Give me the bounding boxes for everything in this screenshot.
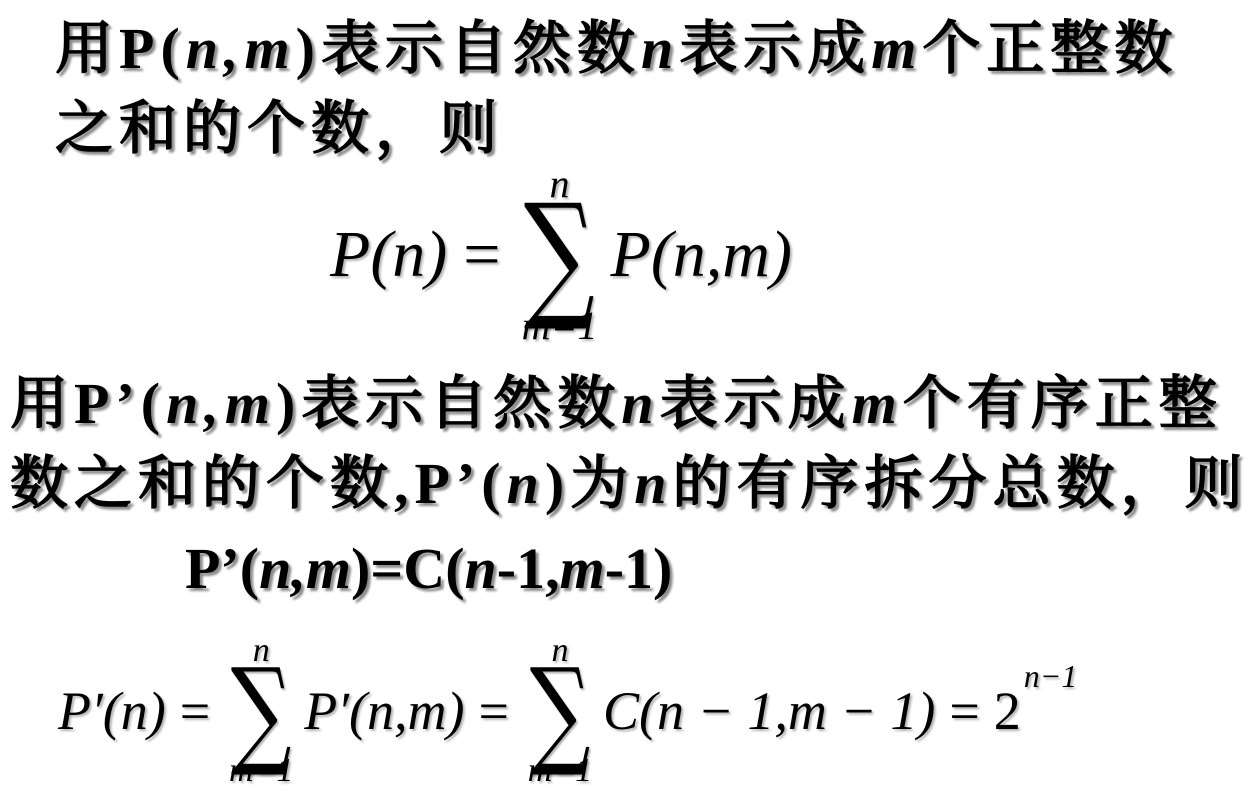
- text-run-italic: n: [465, 536, 497, 601]
- sigma-glyph: ∑: [524, 186, 595, 324]
- math-rhs: P(n,m): [611, 217, 792, 293]
- text-run: 表示成: [679, 16, 871, 81]
- text-run: 个正整数: [922, 16, 1178, 81]
- text-line-1: 用P(n,m)表示自然数n表示成m个正整数: [55, 9, 1178, 89]
- formula-ordered-partition-identity: P’(n,m)=C(n-1,m-1): [185, 534, 672, 604]
- power-base: 2: [994, 680, 1021, 742]
- summation-2: n ∑ m=1: [523, 636, 597, 786]
- text-line-2: 数之和的个数,P’(n)为n的有序拆分总数，则: [10, 444, 1248, 524]
- math-mid-term: P′(n,m): [304, 680, 464, 742]
- text-run: 数之和的个数: [10, 451, 394, 516]
- paragraph-ordered-partition-definition: 用P’(n,m)表示自然数n表示成m个有序正整 数之和的个数,P’(n)为n的有…: [10, 364, 1248, 524]
- text-run: 用: [55, 16, 119, 81]
- text-run-italic: n,m: [166, 371, 276, 436]
- power-exponent: n−1: [1024, 660, 1078, 692]
- text-run: -1): [605, 536, 673, 601]
- text-run-italic: n: [634, 451, 672, 516]
- math-lhs: P′(n): [58, 680, 166, 742]
- text-run: 表示自然数: [321, 16, 641, 81]
- text-run: 用: [10, 371, 74, 436]
- text-run: P’(: [74, 371, 166, 436]
- text-line-1: 用P’(n,m)表示自然数n表示成m个有序正整: [10, 364, 1248, 444]
- text-run-italic: m: [852, 371, 903, 436]
- text-run: -1,: [497, 536, 560, 601]
- text-run: 个有序正整: [903, 371, 1223, 436]
- power-term: 2n−1: [994, 680, 1078, 742]
- paragraph-unordered-partition-definition: 用P(n,m)表示自然数n表示成m个正整数 之和的个数，则: [55, 9, 1178, 169]
- equals-sign: =: [479, 680, 509, 742]
- sigma-icon: ∑: [523, 666, 597, 756]
- text-run-italic: m: [871, 16, 922, 81]
- text-run: ): [296, 16, 321, 81]
- text-run: ): [276, 371, 301, 436]
- sigma-glyph: ∑: [530, 652, 591, 770]
- text-run-italic: n,m: [186, 16, 296, 81]
- text-run: 表示自然数: [301, 371, 621, 436]
- text-run-italic: n: [621, 371, 659, 436]
- summation: n ∑ m=1: [517, 166, 603, 344]
- text-run: 之和的个数，则: [55, 96, 503, 161]
- text-run: 为: [570, 451, 634, 516]
- formula-unordered-partition-total: P(n) = n ∑ m=1 P(n,m): [330, 166, 792, 344]
- text-line-2: 之和的个数，则: [55, 89, 1178, 169]
- sigma-icon: ∑: [224, 666, 298, 756]
- text-run: )=C(: [351, 536, 465, 601]
- sigma-icon: ∑: [517, 202, 603, 308]
- equals-sign: =: [949, 680, 979, 742]
- formula-ordered-partition-total: P′(n) = n ∑ m=1 P′(n,m) = n ∑ m=1 C(n − …: [58, 636, 1077, 786]
- text-run-italic: m: [560, 536, 605, 601]
- text-run: P(: [119, 16, 186, 81]
- equals-sign: =: [180, 680, 210, 742]
- sigma-glyph: ∑: [231, 652, 292, 770]
- equals-sign: =: [463, 217, 500, 293]
- text-run: ): [545, 451, 570, 516]
- text-run: ,P’(: [394, 451, 507, 516]
- text-run-italic: n,m: [259, 536, 351, 601]
- text-run: 表示成: [660, 371, 852, 436]
- slide: 用P(n,m)表示自然数n表示成m个正整数 之和的个数，则 P(n) = n ∑…: [0, 0, 1250, 798]
- text-run: 的有序拆分总数，则: [672, 451, 1248, 516]
- math-binomial-term: C(n − 1,m − 1): [603, 680, 935, 742]
- summation-1: n ∑ m=1: [224, 636, 298, 786]
- text-run: P’(: [185, 536, 259, 601]
- text-run-italic: n: [641, 16, 679, 81]
- math-lhs: P(n): [330, 217, 447, 293]
- text-run-italic: n: [507, 451, 545, 516]
